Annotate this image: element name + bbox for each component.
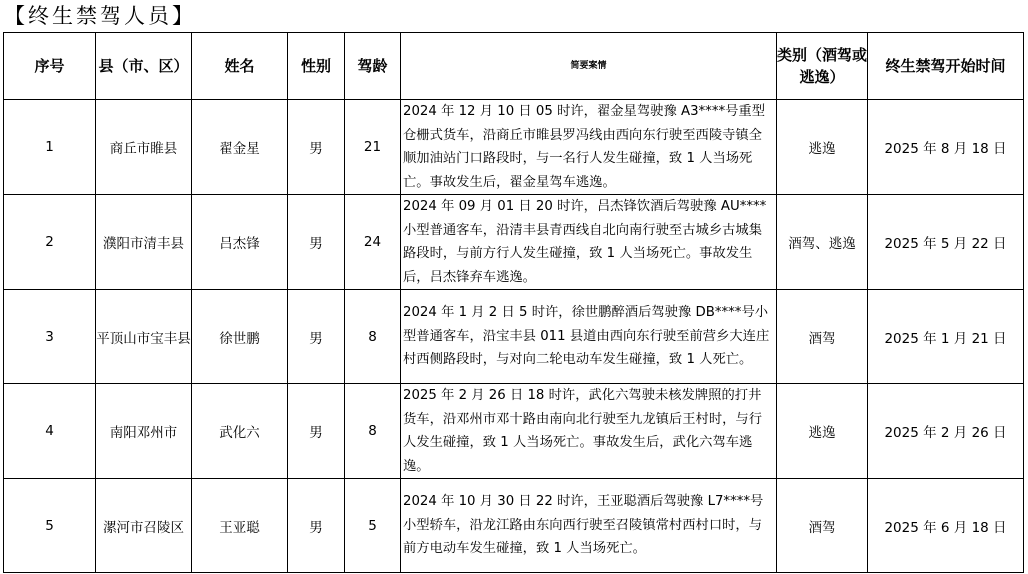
cell-driving-age: 8 xyxy=(345,290,401,384)
cell-driving-age: 24 xyxy=(345,195,401,290)
cell-name: 吕杰锋 xyxy=(192,195,288,290)
cell-index: 3 xyxy=(4,290,96,384)
cell-ban-start: 2025 年 2 月 26 日 xyxy=(868,384,1024,479)
header-ban-start: 终生禁驾开始时间 xyxy=(868,33,1024,100)
cell-index: 4 xyxy=(4,384,96,479)
cell-summary: 2024 年 12 月 10 日 05 时许，翟金星驾驶豫 A3****号重型仓… xyxy=(401,100,777,195)
cell-gender: 男 xyxy=(288,479,345,573)
cell-category: 酒驾、逃逸 xyxy=(777,195,868,290)
cell-summary: 2025 年 2 月 26 日 18 时许，武化六驾驶未核发牌照的打井货车，沿邓… xyxy=(401,384,777,479)
cell-gender: 男 xyxy=(288,195,345,290)
cell-driving-age: 21 xyxy=(345,100,401,195)
cell-county: 濮阳市清丰县 xyxy=(96,195,192,290)
cell-gender: 男 xyxy=(288,384,345,479)
cell-driving-age: 5 xyxy=(345,479,401,573)
cell-index: 5 xyxy=(4,479,96,573)
header-name: 姓名 xyxy=(192,33,288,100)
cell-county: 漯河市召陵区 xyxy=(96,479,192,573)
cell-ban-start: 2025 年 6 月 18 日 xyxy=(868,479,1024,573)
cell-summary: 2024 年 09 月 01 日 20 时许，吕杰锋饮酒后驾驶豫 AU****小… xyxy=(401,195,777,290)
cell-summary: 2024 年 10 月 30 日 22 时许，王亚聪酒后驾驶豫 L7****号小… xyxy=(401,479,777,573)
cell-ban-start: 2025 年 8 月 18 日 xyxy=(868,100,1024,195)
table-row: 2 濮阳市清丰县 吕杰锋 男 24 2024 年 09 月 01 日 20 时许… xyxy=(4,195,1024,290)
header-county: 县（市、区） xyxy=(96,33,192,100)
header-category: 类别（酒驾或逃逸） xyxy=(777,33,868,100)
table-row: 3 平顶山市宝丰县 徐世鹏 男 8 2024 年 1 月 2 日 5 时许，徐世… xyxy=(4,290,1024,384)
cell-index: 1 xyxy=(4,100,96,195)
cell-county: 商丘市睢县 xyxy=(96,100,192,195)
cell-gender: 男 xyxy=(288,290,345,384)
cell-name: 翟金星 xyxy=(192,100,288,195)
header-index: 序号 xyxy=(4,33,96,100)
table-header-row: 序号 县（市、区） 姓名 性别 驾龄 简要案情 类别（酒驾或逃逸） 终生禁驾开始… xyxy=(4,33,1024,100)
table-row: 4 南阳邓州市 武化六 男 8 2025 年 2 月 26 日 18 时许，武化… xyxy=(4,384,1024,479)
cell-gender: 男 xyxy=(288,100,345,195)
header-gender: 性别 xyxy=(288,33,345,100)
cell-name: 徐世鹏 xyxy=(192,290,288,384)
header-summary: 简要案情 xyxy=(401,33,777,100)
cell-county: 南阳邓州市 xyxy=(96,384,192,479)
cell-name: 武化六 xyxy=(192,384,288,479)
document-title: 【终生禁驾人员】 xyxy=(4,2,196,30)
cell-driving-age: 8 xyxy=(345,384,401,479)
cell-category: 逃逸 xyxy=(777,100,868,195)
banned-drivers-table: 序号 县（市、区） 姓名 性别 驾龄 简要案情 类别（酒驾或逃逸） 终生禁驾开始… xyxy=(3,32,1024,573)
header-driving-age: 驾龄 xyxy=(345,33,401,100)
cell-index: 2 xyxy=(4,195,96,290)
cell-county: 平顶山市宝丰县 xyxy=(96,290,192,384)
cell-ban-start: 2025 年 1 月 21 日 xyxy=(868,290,1024,384)
cell-name: 王亚聪 xyxy=(192,479,288,573)
cell-category: 逃逸 xyxy=(777,384,868,479)
table-row: 5 漯河市召陵区 王亚聪 男 5 2024 年 10 月 30 日 22 时许，… xyxy=(4,479,1024,573)
cell-summary: 2024 年 1 月 2 日 5 时许，徐世鹏醉酒后驾驶豫 DB****号小型普… xyxy=(401,290,777,384)
cell-ban-start: 2025 年 5 月 22 日 xyxy=(868,195,1024,290)
cell-category: 酒驾 xyxy=(777,290,868,384)
table-row: 1 商丘市睢县 翟金星 男 21 2024 年 12 月 10 日 05 时许，… xyxy=(4,100,1024,195)
cell-category: 酒驾 xyxy=(777,479,868,573)
